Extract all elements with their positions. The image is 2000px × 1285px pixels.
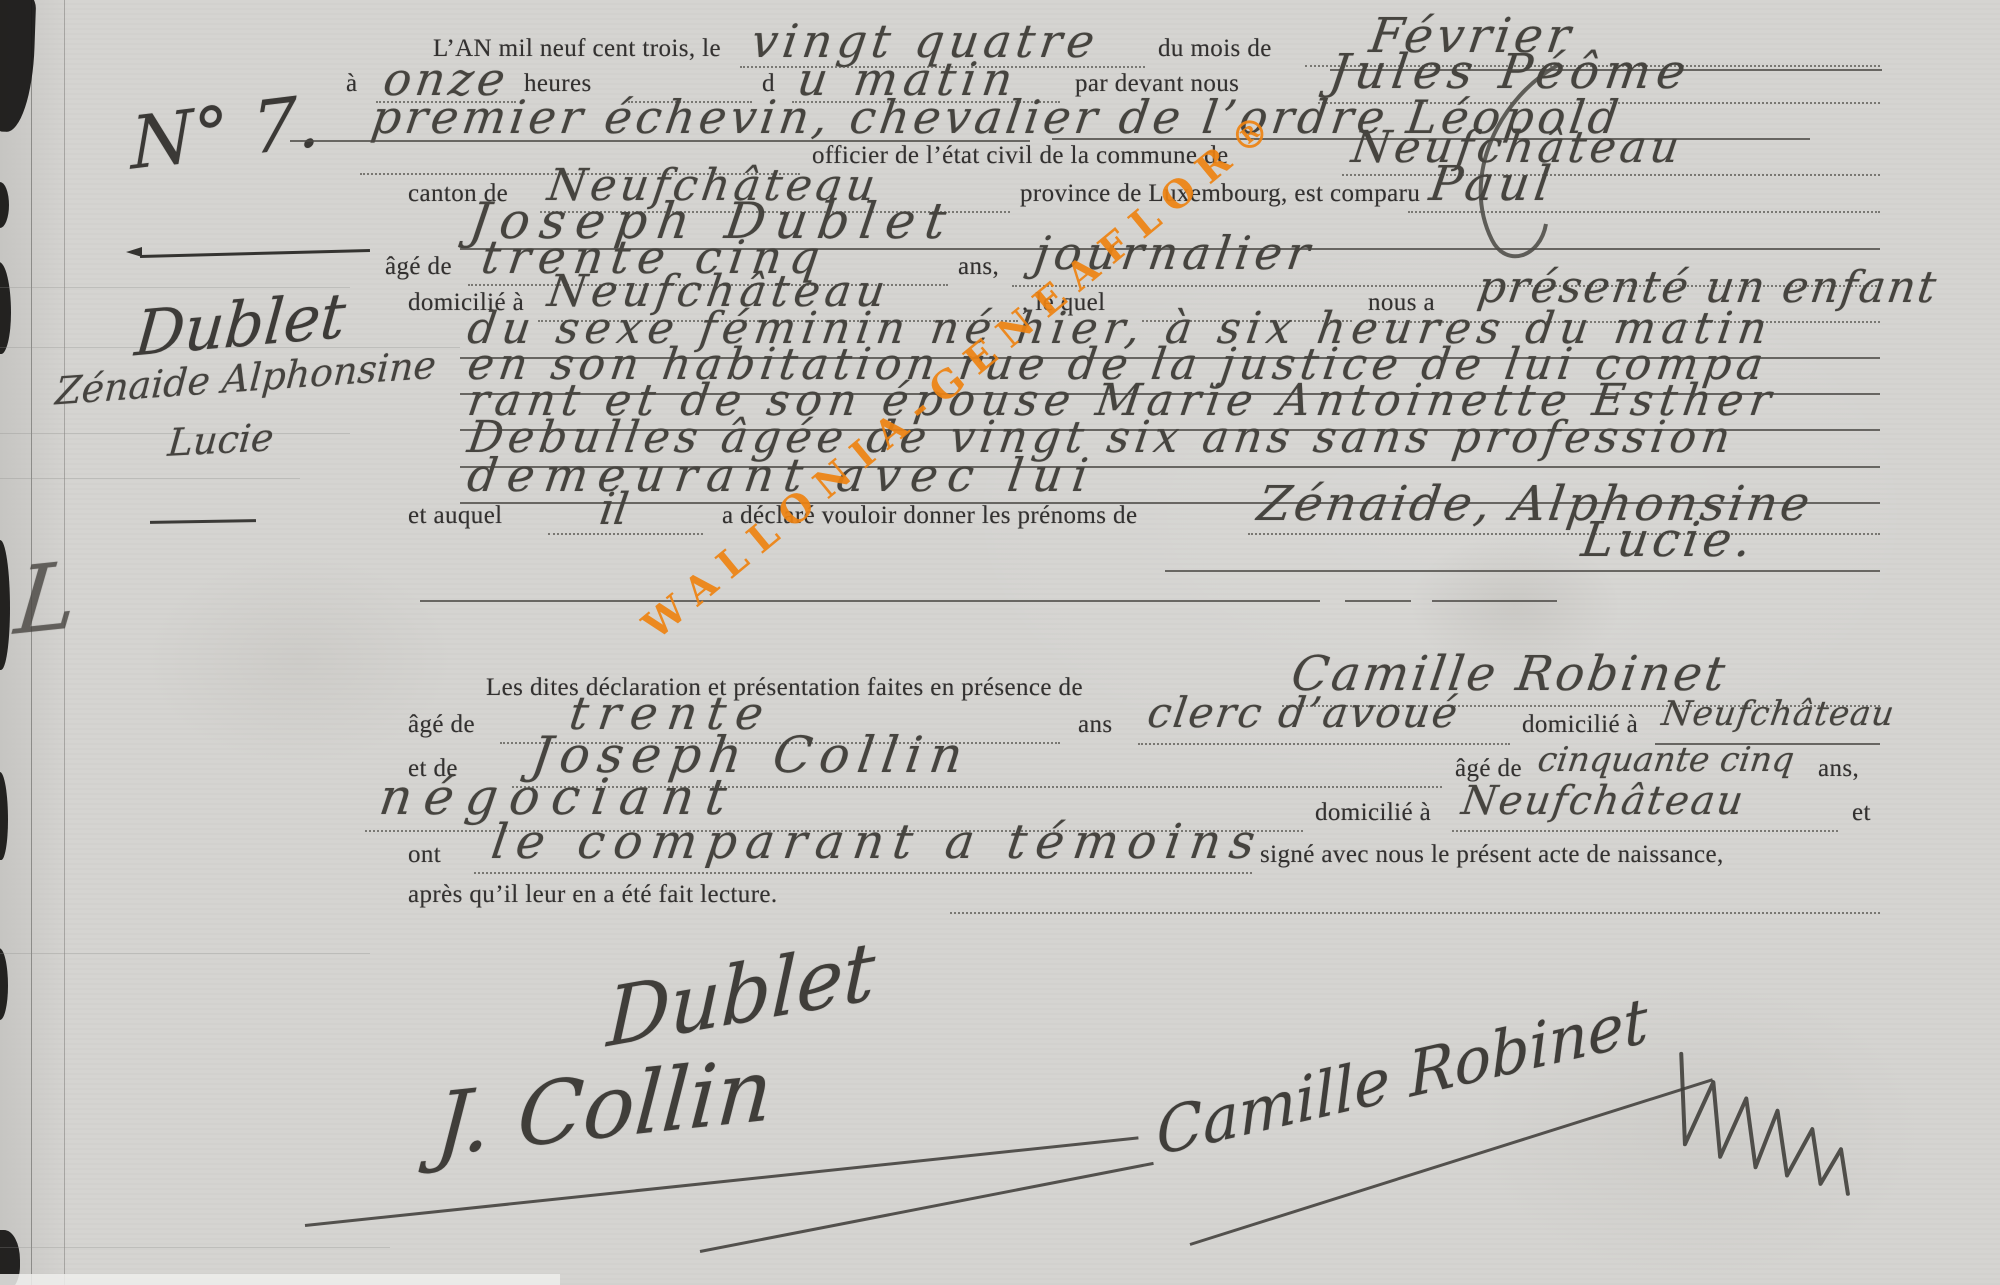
margin-act-number: N° 7. bbox=[130, 78, 321, 186]
form-rule-solid bbox=[1165, 570, 1880, 572]
form-printed-text: domicilié à bbox=[1315, 799, 1431, 827]
ghost-rule bbox=[0, 478, 300, 479]
signature-witness-robinet: Camille Robinet bbox=[1155, 983, 1650, 1170]
margin-given-names-line2: Lucie bbox=[166, 415, 275, 465]
form-printed-text: ans bbox=[1078, 711, 1113, 739]
form-printed-text: ans, bbox=[1818, 755, 1859, 783]
form-printed-text: ont bbox=[408, 841, 441, 869]
margin-arrow-rule bbox=[140, 249, 370, 258]
form-rule-dotted bbox=[1452, 830, 1838, 832]
form-rule-dotted bbox=[548, 533, 703, 535]
hand-entry-witness2-residence: Neufchâteau bbox=[1459, 778, 1748, 824]
form-printed-text: âgé de bbox=[408, 711, 475, 739]
signature-paraph bbox=[1657, 1045, 1878, 1219]
ghost-rule bbox=[0, 953, 370, 954]
form-rule-dotted bbox=[474, 872, 1252, 874]
ghost-rule bbox=[0, 1247, 390, 1248]
hand-entry-witness1-occupation: clerc d’avoué bbox=[1145, 688, 1463, 737]
hand-entry-declarant-firstname: Paul bbox=[1426, 156, 1559, 212]
scanned-birth-record: N° 7. Dublet Zénaide Alphonsine Lucie L … bbox=[0, 0, 2000, 1285]
margin-stray-mark: L bbox=[10, 541, 82, 656]
hand-entry-witness1-residence: Neufchâteau bbox=[1659, 694, 1897, 734]
hand-entry-witness2-age: cinquante cinq bbox=[1535, 740, 1796, 780]
signature-flourish-line bbox=[305, 1136, 1139, 1227]
form-printed-text: ans, bbox=[958, 253, 999, 281]
form-printed-text: et bbox=[1852, 799, 1871, 827]
hand-entry-child-name-cont: Lucie. bbox=[1578, 512, 1759, 568]
form-rule-solid bbox=[1432, 600, 1557, 602]
form-printed-text: et auquel bbox=[408, 502, 503, 530]
form-printed-text: après qu’il leur en a été fait lecture. bbox=[408, 881, 778, 909]
hand-entry-pronoun: il bbox=[596, 484, 631, 535]
form-printed-text: âgé de bbox=[385, 253, 452, 281]
signature-witness-collin: J. Collin bbox=[432, 1040, 775, 1177]
form-rule-dotted bbox=[1138, 743, 1510, 745]
form-rule-dotted bbox=[1248, 533, 1880, 535]
form-rule-solid bbox=[1345, 600, 1411, 602]
form-printed-text: du mois de bbox=[1158, 35, 1272, 63]
form-rule-dotted bbox=[1408, 211, 1880, 213]
form-rule-dotted bbox=[1342, 174, 1880, 176]
form-printed-text: signé avec nous le présent acte de naiss… bbox=[1260, 841, 1724, 869]
hand-entry-signing-parties: le comparant a témoins bbox=[488, 814, 1267, 870]
form-rule-solid bbox=[420, 600, 1320, 602]
margin-dash bbox=[150, 519, 256, 524]
form-printed-text: domicilié à bbox=[1522, 711, 1638, 739]
form-rule-dotted bbox=[950, 912, 1880, 914]
form-printed-text: à bbox=[346, 70, 358, 98]
margin-arrowhead bbox=[126, 247, 142, 257]
scan-bottom-edge bbox=[0, 1274, 560, 1285]
